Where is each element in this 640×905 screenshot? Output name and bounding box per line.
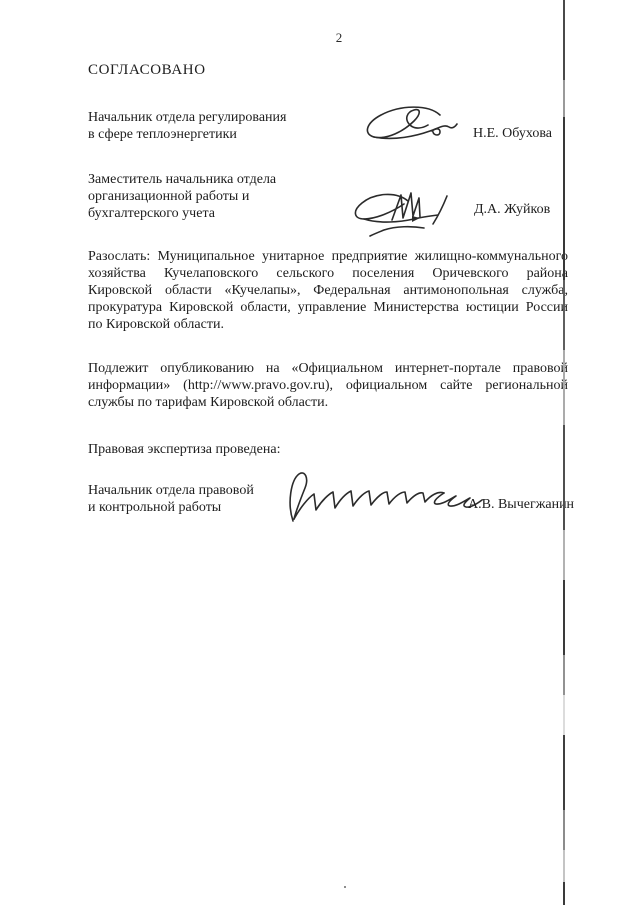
title-line: Заместитель начальника отдела [88, 171, 276, 188]
paragraph-line: Разослать: Муниципальное унитарное предп… [88, 248, 568, 265]
signatory-title-2: Заместитель начальника отдела организаци… [88, 171, 276, 222]
paragraph-line: хозяйства Кучелаповского сельского посел… [88, 265, 568, 282]
legal-review-label: Правовая экспертиза проведена: [88, 441, 280, 458]
zhuykov-signature-icon [350, 186, 458, 238]
title-line: в сфере теплоэнергетики [88, 126, 286, 143]
title-line: и контрольной работы [88, 499, 254, 516]
signatory-name-1: Н.Е. Обухова [473, 126, 552, 141]
page-number: 2 [0, 30, 640, 46]
scan-speck [344, 886, 346, 888]
paragraph-line: прокуратура Кировской области, управлени… [88, 299, 568, 316]
paragraph-line: службы по тарифам Кировской области. [88, 394, 568, 411]
title-line: бухгалтерского учета [88, 205, 276, 222]
signatory-title-1: Начальник отдела регулирования в сфере т… [88, 109, 286, 143]
obuhova-signature-icon [358, 100, 462, 146]
paragraph-line: информации» (http://www.pravo.gov.ru), о… [88, 377, 568, 394]
title-line: Начальник отдела регулирования [88, 109, 286, 126]
approval-heading: СОГЛАСОВАНО [88, 62, 206, 79]
title-line: организационной работы и [88, 188, 276, 205]
paragraph-line: по Кировской области. [88, 316, 568, 333]
paragraph-line: Кировской области «Кучелапы», Федеральна… [88, 282, 568, 299]
distribution-paragraph: Разослать: Муниципальное унитарное предп… [88, 248, 568, 333]
vychegzhanin-signature-icon [286, 471, 486, 523]
signatory-title-3: Начальник отдела правовой и контрольной … [88, 482, 254, 516]
paragraph-line: Подлежит опубликованию на «Официальном и… [88, 360, 568, 377]
title-line: Начальник отдела правовой [88, 482, 254, 499]
signatory-name-3: А.В. Вычегжанин [468, 497, 574, 512]
publication-paragraph: Подлежит опубликованию на «Официальном и… [88, 360, 568, 411]
document-page: 2 СОГЛАСОВАНО Начальник отдела регулиров… [0, 0, 640, 905]
signatory-name-2: Д.А. Жуйков [474, 202, 550, 217]
